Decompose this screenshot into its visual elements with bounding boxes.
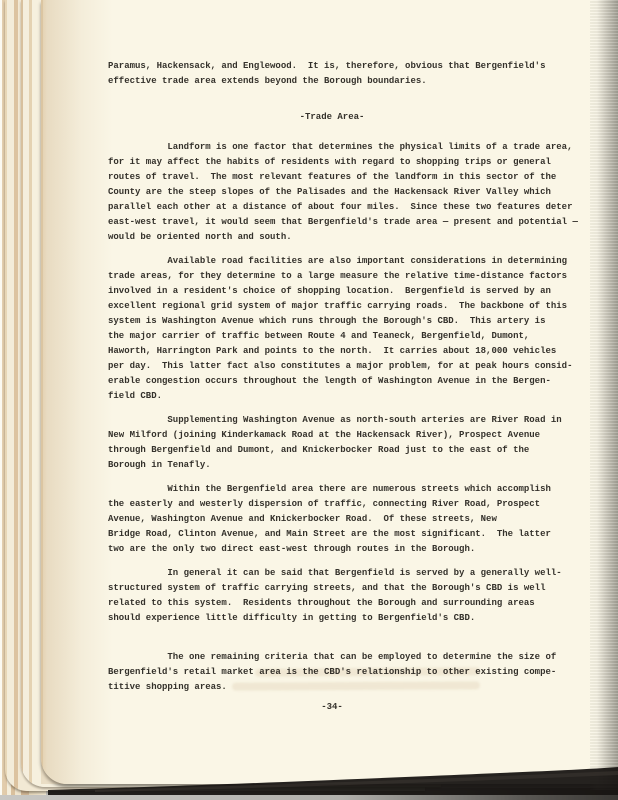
- text-line: excellent regional grid system of major …: [108, 299, 556, 314]
- text-line: The one remaining criteria that can be e…: [108, 650, 556, 665]
- text-line: east-west travel, it would seem that Ber…: [108, 215, 556, 230]
- text-line: New Milford (joining Kinderkamack Road a…: [108, 428, 556, 443]
- text-line: effective trade area extends beyond the …: [108, 74, 556, 89]
- text-line: two are the only two direct east-west th…: [108, 542, 556, 557]
- text-line: field CBD.: [108, 389, 556, 404]
- page-footer: -34-: [108, 690, 556, 715]
- paragraph: In general it can be said that Bergenfie…: [108, 566, 556, 641]
- text-line: the major carrier of traffic between Rou…: [108, 329, 556, 344]
- text-line: erable congestion occurs throughout the …: [108, 374, 556, 389]
- text-line: [108, 626, 556, 641]
- scanned-book-page: Paramus, Hackensack, and Englewood. It i…: [0, 0, 618, 800]
- page-number: -34-: [108, 700, 556, 715]
- text-content: Paramus, Hackensack, and Englewood. It i…: [108, 0, 556, 695]
- text-line: should experience little difficulty in g…: [108, 611, 556, 626]
- paragraph: Within the Bergenfield area there are nu…: [108, 482, 556, 557]
- text-line: structured system of traffic carrying st…: [108, 581, 556, 596]
- section-heading: -Trade Area-: [108, 110, 556, 125]
- paragraph: Available road facilities are also impor…: [108, 254, 556, 404]
- text-line: the easterly and westerly dispersion of …: [108, 497, 556, 512]
- text-line: -Trade Area-: [108, 110, 556, 125]
- page-gutter-shadow: [41, 0, 113, 784]
- text-line: trade areas, for they determine to a lar…: [108, 269, 556, 284]
- text-line: Borough in Tenafly.: [108, 458, 556, 473]
- book-bottom-shadow: [0, 754, 618, 800]
- text-line: for it may affect the habits of resident…: [108, 155, 556, 170]
- text-line: Within the Bergenfield area there are nu…: [108, 482, 556, 497]
- text-line: involved in a resident's choice of shopp…: [108, 284, 556, 299]
- text-line: related to this system. Residents throug…: [108, 596, 556, 611]
- text-line: Bergenfield's retail market area is the …: [108, 665, 556, 680]
- paragraph: Landform is one factor that determines t…: [108, 140, 556, 245]
- text-line: Supplementing Washington Avenue as north…: [108, 413, 556, 428]
- text-line: routes of travel. The most relevant feat…: [108, 170, 556, 185]
- text-line: per day. This latter fact also constitut…: [108, 359, 556, 374]
- text-line: Available road facilities are also impor…: [108, 254, 556, 269]
- text-line: Landform is one factor that determines t…: [108, 140, 556, 155]
- text-line: County are the steep slopes of the Palis…: [108, 185, 556, 200]
- text-line: parallel each other at a distance of abo…: [108, 200, 556, 215]
- text-line: Avenue, Washington Avenue and Knickerboc…: [108, 512, 556, 527]
- paragraph: Paramus, Hackensack, and Englewood. It i…: [108, 59, 556, 89]
- paragraph: Supplementing Washington Avenue as north…: [108, 413, 556, 473]
- text-line: would be oriented north and south.: [108, 230, 556, 245]
- page-right-edge-curl: [590, 0, 618, 790]
- text-line: Haworth, Harrington Park and points to t…: [108, 344, 556, 359]
- text-line: Bridge Road, Clinton Avenue, and Main St…: [108, 527, 556, 542]
- paragraph: The one remaining criteria that can be e…: [108, 650, 556, 695]
- text-line: Paramus, Hackensack, and Englewood. It i…: [108, 59, 556, 74]
- text-line: In general it can be said that Bergenfie…: [108, 566, 556, 581]
- text-line: system is Washington Avenue which runs t…: [108, 314, 556, 329]
- text-line: through Bergenfield and Dumont, and Knic…: [108, 443, 556, 458]
